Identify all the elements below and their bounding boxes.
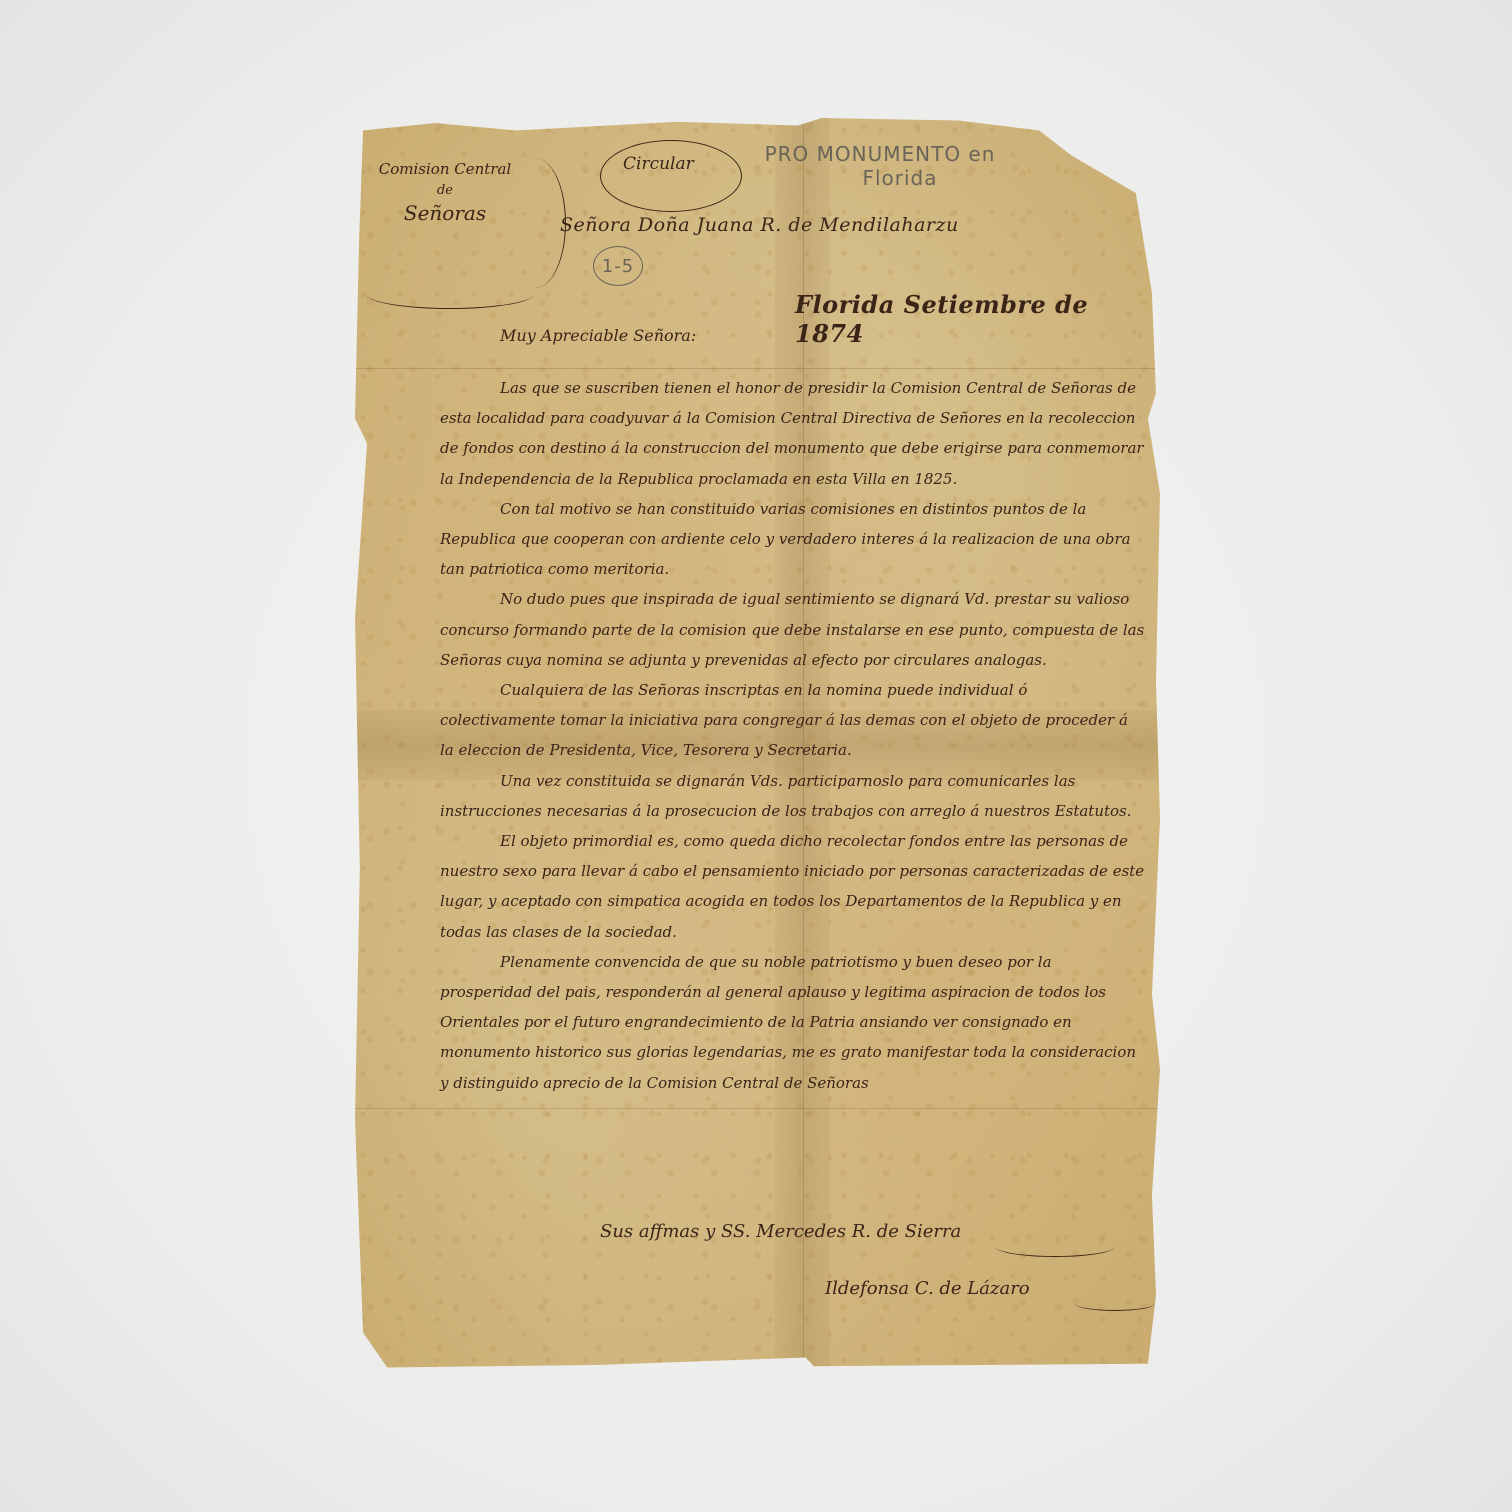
- body-paragraph: Plenamente convencida de que su noble pa…: [440, 947, 1145, 1098]
- body-paragraph: Una vez constituida se dignarán Vds. par…: [440, 766, 1145, 826]
- body-paragraph: Con tal motivo se han constituido varias…: [440, 494, 1145, 585]
- salutation: Muy Apreciable Señora:: [500, 326, 696, 345]
- reference-number: 1-5: [593, 246, 643, 286]
- organization-line: de: [375, 180, 515, 202]
- letter-body: Las que se suscriben tienen el honor de …: [440, 373, 1145, 1098]
- place-and-date: Florida Setiembre de 1874: [795, 290, 1160, 348]
- pencil-annotation: PRO MONUMENTO en Florida: [715, 142, 1045, 190]
- horizontal-fold-line: [355, 1108, 1160, 1109]
- body-paragraph: No dudo pues que inspirada de igual sent…: [440, 584, 1145, 675]
- closing-signature: Sus affmas y SS. Mercedes R. de Sierra: [600, 1221, 961, 1242]
- decorative-flourish: [505, 158, 566, 288]
- recipient-line: Señora Doña Juana R. de Mendilaharzu: [560, 214, 959, 236]
- organization-heading: Comision Central de Señoras: [375, 158, 515, 224]
- body-paragraph: El objeto primordial es, como queda dich…: [440, 826, 1145, 947]
- pencil-annotation-line: Florida: [715, 166, 1045, 190]
- body-paragraph: Cualquiera de las Señoras inscriptas en …: [440, 675, 1145, 766]
- body-paragraph: Las que se suscriben tienen el honor de …: [440, 373, 1145, 494]
- decorative-flourish: [365, 278, 535, 309]
- signature-flourish: [995, 1236, 1115, 1257]
- pencil-annotation-line: PRO MONUMENTO en: [715, 142, 1045, 166]
- organization-line: Comision Central: [375, 158, 515, 180]
- second-signature: Ildefonsa C. de Lázaro: [825, 1278, 1030, 1299]
- organization-line: Señoras: [375, 202, 515, 224]
- signature-flourish: [1075, 1296, 1155, 1311]
- letter-paper: Comision Central de Señoras Circular PRO…: [355, 118, 1160, 1370]
- horizontal-fold-line: [355, 368, 1160, 369]
